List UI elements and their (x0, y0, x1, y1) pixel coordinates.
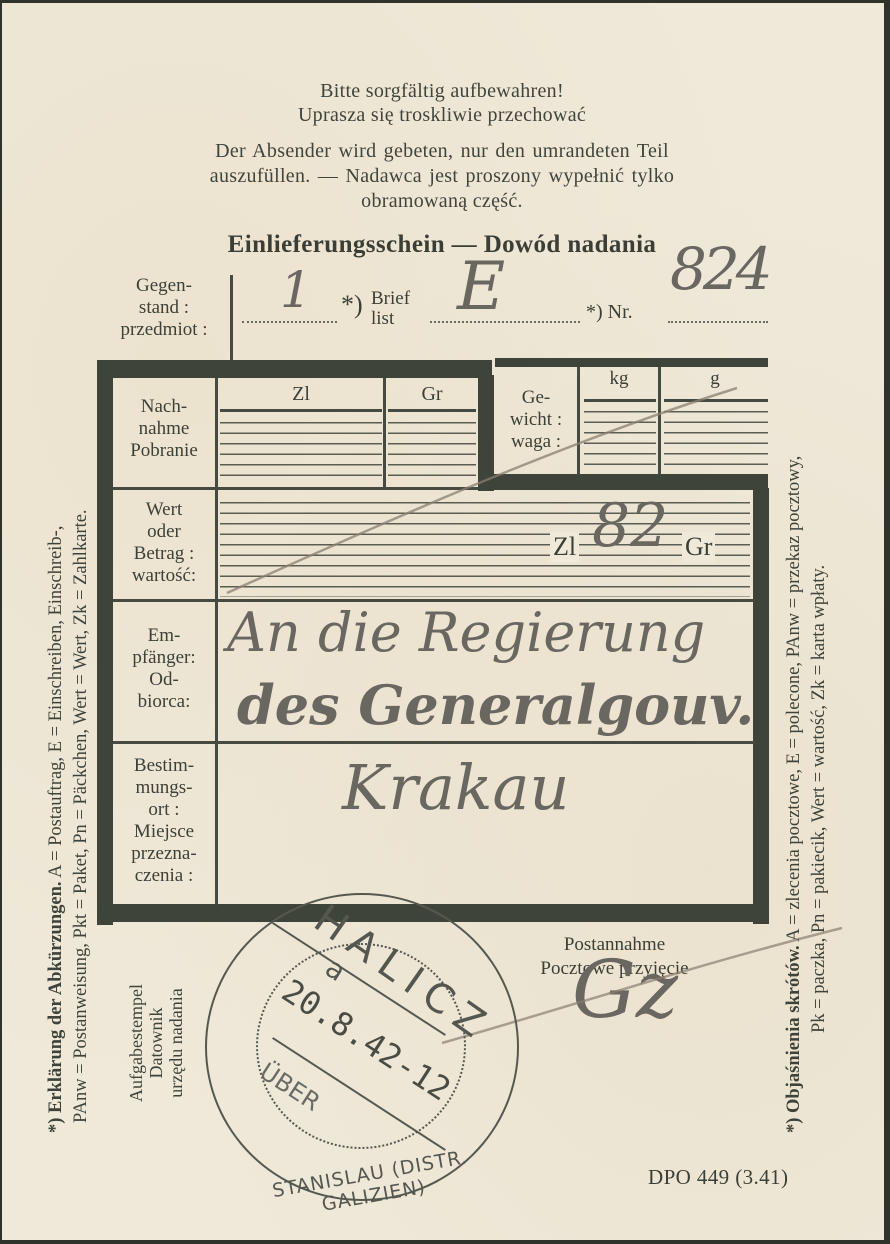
receipt-card: Bitte sorgfältig aufbewahren! Uprasza si… (2, 3, 884, 1240)
